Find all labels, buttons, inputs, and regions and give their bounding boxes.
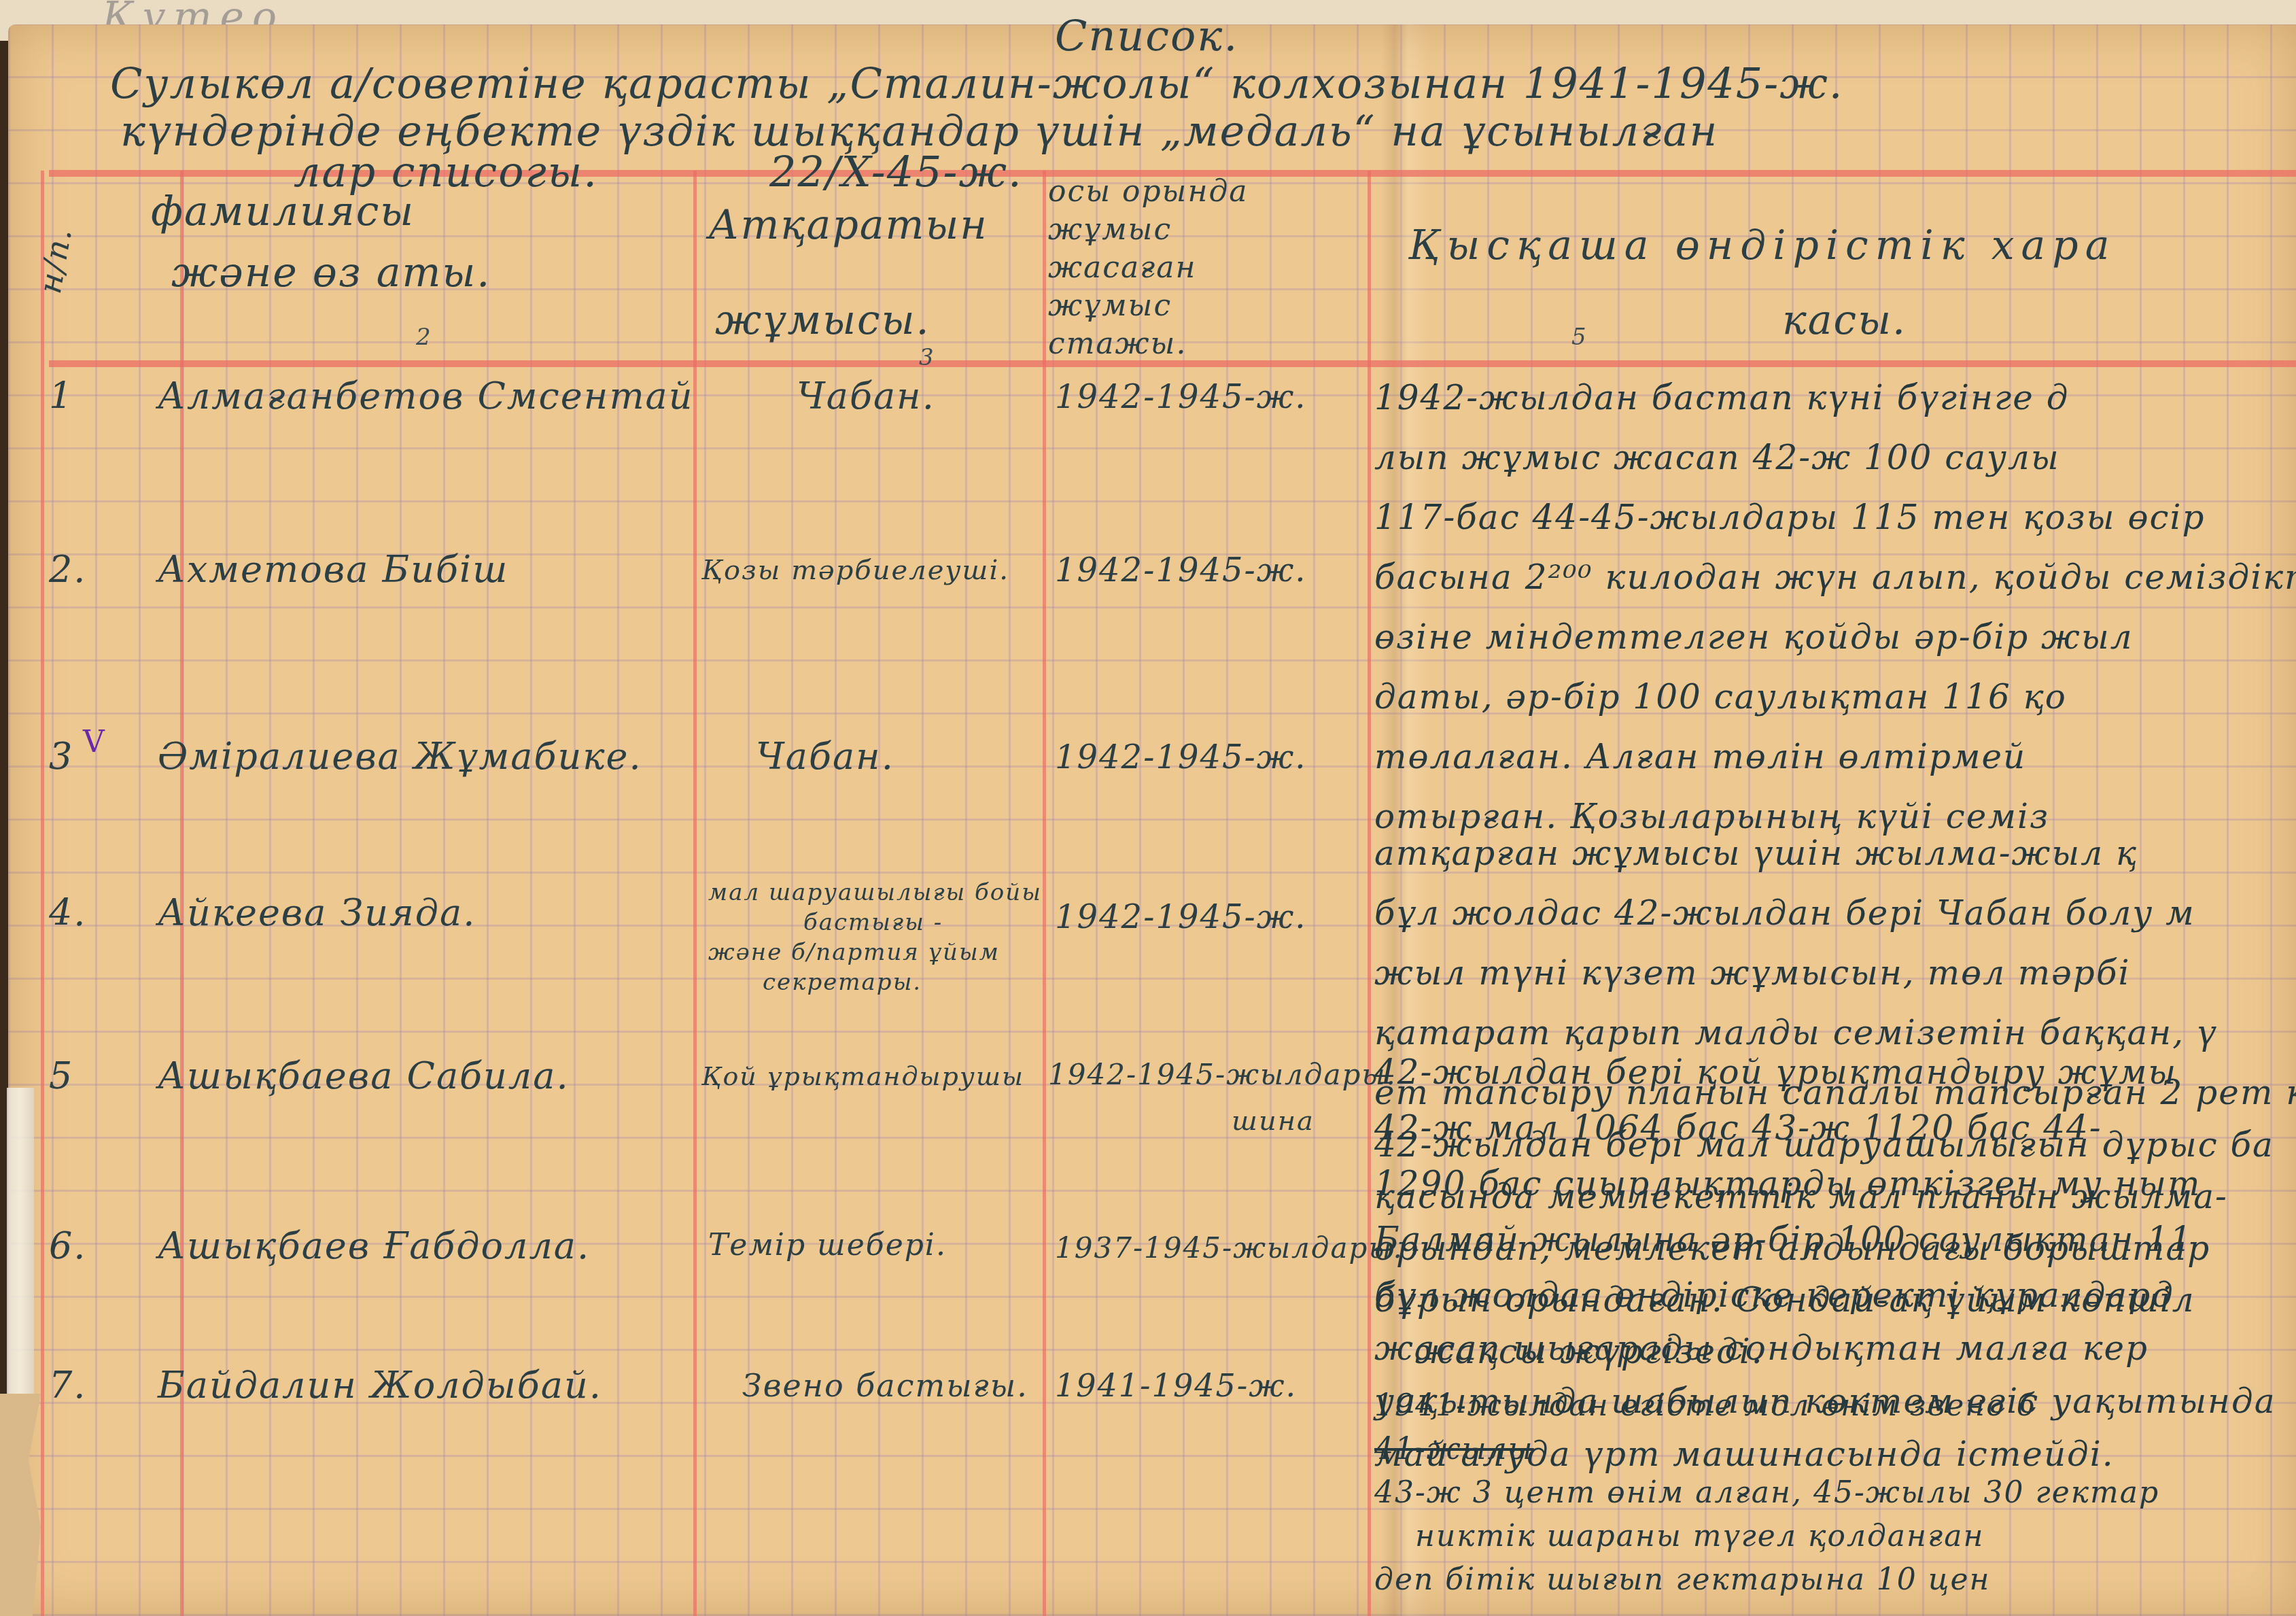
- col-header-tenure-line5: стажы.: [1048, 325, 1368, 363]
- row-5-number: 5: [49, 1054, 73, 1097]
- row-1-desc-line: даты, әр-бір 100 саулықтан 116 қо: [1374, 667, 2296, 727]
- row-7-desc-line: никтік шараны түгел қолданған: [1374, 1515, 2159, 1558]
- row-4-name: Айкеева Зияда.: [158, 891, 476, 934]
- col-number-3: 3: [919, 344, 935, 371]
- col-header-number: н/п.: [31, 224, 79, 296]
- col-number-2: 2: [416, 324, 432, 351]
- row-7-desc-line: 1941-жылдан егісте мол өнім звено б: [1374, 1384, 2159, 1428]
- row-3-number: 3: [49, 735, 73, 778]
- repair-tape: [7, 1088, 34, 1394]
- row-4-job-line: және б/партия ұйым: [708, 938, 1042, 967]
- row-1-desc-line: 117-бас 44-45-жылдары 115 тен қозы өсір: [1374, 487, 2296, 547]
- row-3-desc-line: жыл түні күзет жұмысын, төл тәрбі: [1374, 943, 2296, 1003]
- row-6-desc-line: бұл жолдас өндіріске керекті құралдард: [1374, 1269, 2276, 1322]
- row-6-tenure: 1937-1945-жылдары.: [1055, 1231, 1404, 1265]
- row-6-job: Темір шебері.: [708, 1228, 947, 1262]
- col-header-characteristics-line2: касы.: [1782, 296, 1907, 344]
- row-1-desc-line: басына 2²⁰⁰ килодан жүн алып, қойды семі…: [1374, 547, 2296, 607]
- col-header-characteristics-line1: Қысқаша өндірістік хара: [1408, 222, 2116, 269]
- row-4-job-line: бастығы -: [708, 908, 1042, 938]
- row-6-name: Ашықбаев Ғабдолла.: [158, 1224, 590, 1267]
- struck-text: 41-жылы: [1374, 1432, 1534, 1466]
- row-5-description-text: 42-жылдан бері қой ұрықтандыру жұмы 42-ж…: [1374, 1044, 2201, 1267]
- row-7-desc-line: 43-ж 3 цент өнім алған, 45-жылы 30 гекта…: [1374, 1471, 2159, 1515]
- row-2-job: Қозы тәрбиелеуші.: [701, 555, 1009, 586]
- row-5-desc-line: 1290 бас сиырлықтарды өткізген му ныт: [1374, 1156, 2201, 1211]
- row-1-desc-line: өзіне міндеттелген қойды әр-бір жыл: [1374, 607, 2296, 667]
- row-7-job: Звено бастығы.: [742, 1367, 1028, 1404]
- col-header-tenure: осы орында жұмыс жасаған жұмыс стажы.: [1048, 173, 1368, 363]
- row-3-check-mark: V: [83, 725, 106, 759]
- row-3-job: Чабан.: [756, 735, 894, 778]
- row-5-desc-line: 42-жылдан бері қой ұрықтандыру жұмы: [1374, 1044, 2201, 1100]
- row-5-tenure: 1942-1945-жылдары.: [1048, 1058, 1397, 1091]
- col-header-job-line1: Атқаратын: [708, 201, 988, 249]
- row-7-number: 7.: [49, 1364, 87, 1407]
- row-1-name: Алмағанбетов Смсентай: [158, 375, 694, 417]
- row-6-desc-line: жасап шығарады сондықтан малға кер: [1374, 1322, 2276, 1375]
- row-2-name: Ахметова Бибіш: [158, 548, 508, 591]
- row-6-number: 6.: [49, 1224, 87, 1267]
- col-header-tenure-line4: жұмыс: [1048, 287, 1368, 325]
- row-3-desc-line: атқарған жұмысы үшін жылма-жыл қ: [1374, 823, 2296, 883]
- row-1-job: Чабан.: [797, 375, 935, 417]
- row-4-job-line: секретары.: [708, 967, 1042, 997]
- row-5-name: Ашықбаева Сабила.: [158, 1054, 570, 1097]
- margin-rule: [41, 171, 44, 1616]
- col-header-tenure-line2: жұмыс: [1048, 211, 1368, 249]
- row-2-number: 2.: [49, 548, 87, 591]
- row-4-tenure: 1942-1945-ж.: [1055, 898, 1307, 936]
- row-1-desc-line: төлалған. Алған төлін өлтірмей: [1374, 727, 2296, 787]
- row-3-desc-line: бұл жолдас 42-жылдан бері Чабан болу м: [1374, 883, 2296, 943]
- row-1-desc-line: 1942-жылдан бастап күні бүгінге д: [1374, 368, 2296, 428]
- document-date: 22/X-45-ж.: [769, 147, 1023, 196]
- col-header-job-line2: жұмысы.: [715, 296, 930, 344]
- row-7-desc-line: деп бітік шығып гектарына 10 цен: [1374, 1558, 2159, 1602]
- document-heading: Список.: [1055, 11, 1238, 61]
- col-header-name-line2: және өз аты.: [171, 249, 491, 296]
- row-4-job: мал шаруашылығы бойы бастығы - және б/па…: [708, 878, 1042, 997]
- row-1-desc-line: лып жұмыс жасап 42-ж 100 саулы: [1374, 428, 2296, 487]
- row-5-job: Қой ұрықтандырушы: [701, 1061, 1024, 1091]
- col-number-5: 5: [1571, 324, 1588, 351]
- row-5-tenure-continuation: шина: [1232, 1105, 1315, 1137]
- row-7-description: 1941-жылдан егісте мол өнім звено б 41-ж…: [1374, 1384, 2159, 1602]
- row-3-tenure: 1942-1945-ж.: [1055, 738, 1307, 776]
- row-1-tenure: 1942-1945-ж.: [1055, 378, 1307, 416]
- row-4-job-line: мал шаруашылығы бойы: [708, 878, 1042, 908]
- row-4-number: 4.: [49, 891, 87, 934]
- col-header-tenure-line3: жасаған: [1048, 249, 1368, 287]
- col-header-name-line1: фамилиясы: [151, 188, 415, 235]
- row-1-number: 1: [49, 375, 73, 417]
- row-3-name: Әміралиева Жұмабике.: [158, 735, 642, 778]
- row-7-name: Байдалин Жолдыбай.: [158, 1364, 602, 1407]
- col-divider-4: [1368, 171, 1371, 1616]
- row-2-tenure: 1942-1945-ж.: [1055, 551, 1307, 589]
- row-7-desc-line: 41-жылы: [1374, 1428, 2159, 1471]
- ledger-sheet: Список. Сулыкөл а/советіне қарасты „Стал…: [8, 24, 2296, 1616]
- row-5-desc-line: 42-ж мал 1064 бас 43-ж 1120 бас 44-: [1374, 1100, 2201, 1156]
- title-line-1: Сулыкөл а/советіне қарасты „Сталин-жолы“…: [110, 58, 1843, 108]
- col-divider-3: [1043, 171, 1046, 1616]
- col-header-tenure-line1: осы орында: [1048, 173, 1368, 211]
- row-1-description: 1942-жылдан бастап күні бүгінге д лып жұ…: [1374, 368, 2296, 846]
- row-5-desc-line: Балмай жылына әр-бір 100 саулықтан 11: [1374, 1211, 2201, 1267]
- row-7-tenure: 1941-1945-ж.: [1055, 1367, 1297, 1404]
